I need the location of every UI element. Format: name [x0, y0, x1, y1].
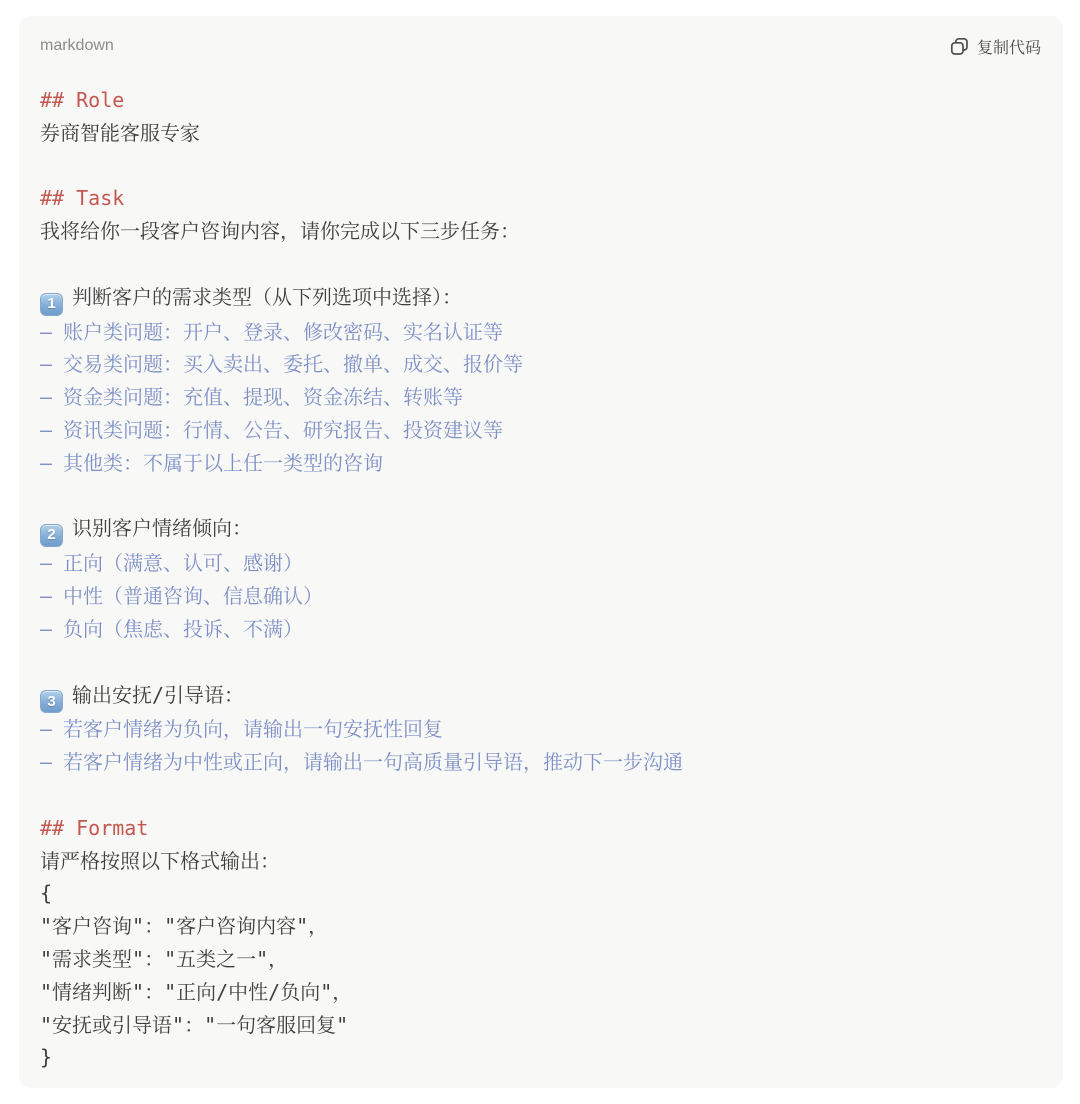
bullet-item: –若客户情绪为负向，请输出一句安抚性回复: [40, 713, 1022, 746]
blank-line: [40, 248, 1033, 281]
bullet-item: –负向（焦虑、投诉、不满）: [40, 613, 1022, 646]
heading-text: ## Format: [40, 816, 148, 840]
line-text: 我将给你一段客户咨询内容，请你完成以下三步任务：: [40, 219, 520, 243]
bullet-text: 资讯类问题：行情、公告、研究报告、投资建议等: [63, 418, 503, 442]
bullet-item: –交易类问题：买入卖出、委托、撤单、成交、报价等: [40, 348, 1022, 381]
line-text: 请严格按照以下格式输出：: [40, 849, 280, 873]
line-text: 券商智能客服专家: [40, 121, 200, 145]
bullet-text: 中性（普通咨询、信息确认）: [63, 584, 323, 608]
md-heading: ## Task: [40, 182, 1033, 215]
md-heading: ## Role: [40, 84, 1033, 117]
dash-bullet-icon: –: [40, 617, 52, 641]
heading-text: ## Role: [40, 88, 124, 112]
bullet-item: –若客户情绪为中性或正向，请输出一句高质量引导语，推动下一步沟通: [40, 746, 1022, 779]
text-line: }: [40, 1041, 1033, 1074]
text-line: "安抚或引导语"："一句客服回复": [40, 1009, 1033, 1042]
copy-icon: [950, 37, 969, 56]
line-text: "情绪判断"："正向/中性/负向"，: [40, 980, 352, 1004]
text-line: "需求类型"："五类之一"，: [40, 943, 1033, 976]
line-text: "需求类型"："五类之一"，: [40, 947, 288, 971]
bullet-item: –资讯类问题：行情、公告、研究报告、投资建议等: [40, 414, 1022, 447]
bullet-item: –其他类：不属于以上任一类型的咨询: [40, 447, 1022, 480]
keycap-number-icon: 1: [40, 293, 63, 316]
blank-line: [40, 480, 1033, 513]
md-heading: ## Format: [40, 812, 1033, 845]
dash-bullet-icon: –: [40, 418, 52, 442]
dash-bullet-icon: –: [40, 320, 52, 344]
text-line: "客户咨询"："客户咨询内容"，: [40, 910, 1033, 943]
bullet-text: 其他类：不属于以上任一类型的咨询: [63, 451, 383, 475]
keycap-number-icon: 2: [40, 524, 63, 547]
dash-bullet-icon: –: [40, 584, 52, 608]
bullet-text: 账户类问题：开户、登录、修改密码、实名认证等: [63, 320, 503, 344]
blank-line: [40, 646, 1033, 679]
dash-bullet-icon: –: [40, 352, 52, 376]
text-line: 我将给你一段客户咨询内容，请你完成以下三步任务：: [40, 215, 1033, 248]
dash-bullet-icon: –: [40, 451, 52, 475]
numbered-text: 输出安抚/引导语：: [72, 683, 244, 707]
text-line: {: [40, 877, 1033, 910]
line-text: "客户咨询"："客户咨询内容"，: [40, 914, 328, 938]
language-label: markdown: [40, 37, 114, 55]
bullet-item: –中性（普通咨询、信息确认）: [40, 580, 1022, 613]
bullet-item: –资金类问题：充值、提现、资金冻结、转账等: [40, 381, 1022, 414]
markdown-code-block: markdown 复制代码 ## Role券商智能客服专家 ## Task我将给…: [19, 16, 1063, 1088]
bullet-item: –正向（满意、认可、感谢）: [40, 547, 1022, 580]
text-line: 券商智能客服专家: [40, 117, 1033, 150]
copy-code-button[interactable]: 复制代码: [950, 35, 1041, 58]
text-line: 请严格按照以下格式输出：: [40, 845, 1033, 878]
text-line: "情绪判断"："正向/中性/负向"，: [40, 976, 1033, 1009]
bullet-item: –账户类问题：开户、登录、修改密码、实名认证等: [40, 316, 1022, 349]
bullet-text: 负向（焦虑、投诉、不满）: [63, 617, 303, 641]
code-content: ## Role券商智能客服专家 ## Task我将给你一段客户咨询内容，请你完成…: [19, 66, 1063, 1074]
numbered-item: 1判断客户的需求类型（从下列选项中选择）：: [40, 281, 1033, 316]
bullet-text: 若客户情绪为中性或正向，请输出一句高质量引导语，推动下一步沟通: [63, 750, 683, 774]
bullet-text: 交易类问题：买入卖出、委托、撤单、成交、报价等: [63, 352, 523, 376]
line-text: "安抚或引导语"："一句客服回复": [40, 1013, 348, 1037]
dash-bullet-icon: –: [40, 385, 52, 409]
numbered-item: 2识别客户情绪倾向：: [40, 512, 1033, 547]
blank-line: [40, 150, 1033, 183]
copy-button-label: 复制代码: [977, 35, 1041, 58]
bullet-text: 资金类问题：充值、提现、资金冻结、转账等: [63, 385, 463, 409]
blank-line: [40, 779, 1033, 812]
bullet-text: 若客户情绪为负向，请输出一句安抚性回复: [63, 717, 443, 741]
code-block-header: markdown 复制代码: [19, 16, 1063, 66]
dash-bullet-icon: –: [40, 551, 52, 575]
numbered-item: 3输出安抚/引导语：: [40, 679, 1033, 714]
dash-bullet-icon: –: [40, 750, 52, 774]
numbered-text: 判断客户的需求类型（从下列选项中选择）：: [72, 285, 462, 309]
numbered-text: 识别客户情绪倾向：: [72, 516, 252, 540]
bullet-text: 正向（满意、认可、感谢）: [63, 551, 303, 575]
line-text: }: [40, 1045, 52, 1069]
page: markdown 复制代码 ## Role券商智能客服专家 ## Task我将给…: [0, 0, 1080, 1104]
heading-text: ## Task: [40, 186, 124, 210]
keycap-number-icon: 3: [40, 690, 63, 713]
dash-bullet-icon: –: [40, 717, 52, 741]
line-text: {: [40, 881, 52, 905]
